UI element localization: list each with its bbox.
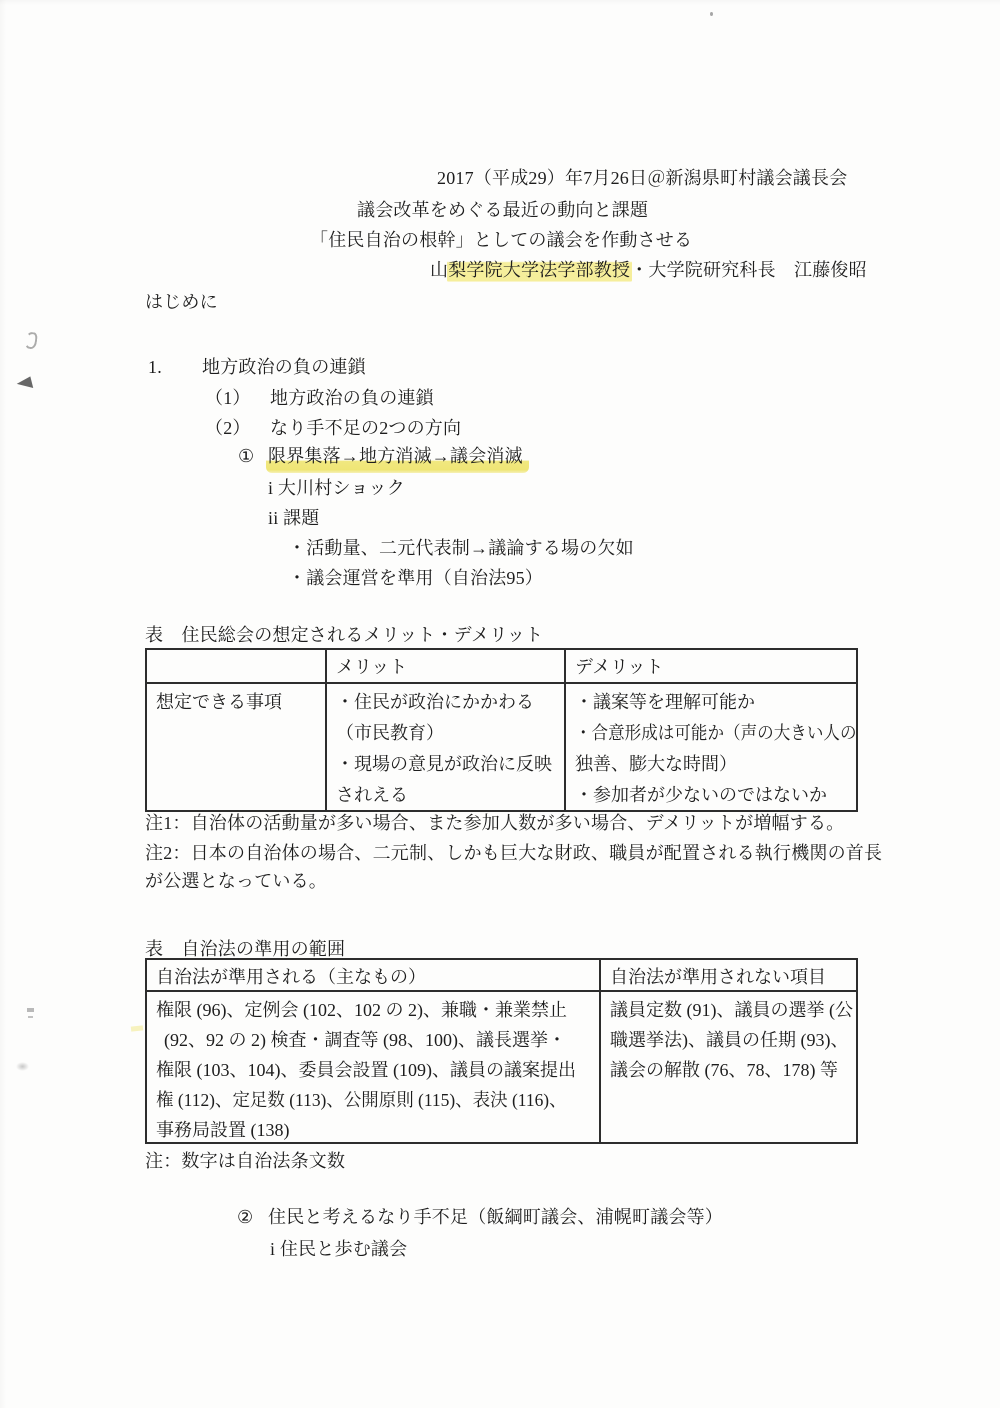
table1-caption: 表 住民総会の想定されるメリット・デメリット [145, 623, 543, 647]
document-date-line: 2017（平成29）年7月26日＠新潟県町村議会議長会 [437, 166, 847, 190]
applied-line: 権限 (103、104)、委員会設置 (109)、議員の議案提出 [156, 1055, 595, 1085]
section-1-number: 1. [148, 355, 202, 379]
table1-header-empty [147, 650, 325, 682]
scan-mark-arrowhead [16, 376, 33, 391]
outline-bullet-2: ・議会運営を準用（自治法95） [288, 566, 543, 590]
applied-line: 事務局設置 (138) [156, 1115, 595, 1142]
scanned-document-page: 2017（平成29）年7月26日＠新潟県町村議会議長会 議会改革をめぐる最近の動… [0, 0, 1000, 1408]
not-applied-line: 議員定数 (91)、議員の選挙 (公 [610, 995, 852, 1025]
circle-2-number: ② [237, 1205, 268, 1229]
table2-applied-cell: 権限 (96)、定例会 (102、102 の 2)、兼職・兼業禁止 (92、92… [147, 992, 599, 1142]
outline-item-1-1: （1）地方政治の負の連鎖 [205, 386, 434, 410]
table1-body-row: 想定できる事項 ・住民が政治にかかわる （市民教育） ・現場の意見が政治に反映 … [147, 684, 856, 810]
table1-header-merit: メリット [325, 650, 564, 682]
table2-header-applied: 自治法が準用される（主なもの） [147, 960, 599, 990]
author-highlighted-text: 梨学院大学法学部教授 [447, 259, 632, 282]
merit-line: されえる [336, 780, 560, 810]
outline-item-1-2: （2）なり手不足の2つの方向 [205, 416, 461, 440]
merit-line: ・住民が政治にかかわる [336, 687, 560, 718]
demerit-line: 独善、膨大な時間） [575, 749, 852, 780]
scan-mark-blob [16, 1062, 29, 1071]
section-1-title: 地方政治の負の連鎖 [202, 357, 366, 377]
table1-note-2-continued: が公選となっている。 [145, 869, 327, 893]
table1-note-1: 注1：自治体の活動量が多い場合、また参加人数が多い場合、デメリットが増幅する。 [145, 811, 844, 835]
table1-row-label-cell: 想定できる事項 [147, 684, 325, 810]
outline-sub-i-2: i 住民と歩む議会 [270, 1237, 407, 1261]
table2-header-row: 自治法が準用される（主なもの） 自治法が準用されない項目 [147, 960, 856, 992]
table2-body-row: 権限 (96)、定例会 (102、102 の 2)、兼職・兼業禁止 (92、92… [147, 992, 856, 1142]
demerit-line: ・議案等を理解可能か [575, 687, 852, 718]
circle-2-text: 住民と考えるなり手不足（飯綱町議会、浦幌町議会等） [268, 1207, 723, 1227]
item-1-2-number: （2） [205, 416, 270, 440]
author-line: 山梨学院大学法学部教授・大学院研究科長 江藤俊昭 [430, 258, 867, 282]
table1-header-demerit: デメリット [564, 650, 856, 682]
item-1-2-text: なり手不足の2つの方向 [270, 418, 461, 438]
outline-bullet-1: ・活動量、二元代表制→議論する場の欠如 [288, 536, 634, 560]
local-autonomy-law-table: 自治法が準用される（主なもの） 自治法が準用されない項目 権限 (96)、定例会… [145, 958, 858, 1144]
outline-circle-2: ②住民と考えるなり手不足（飯綱町議会、浦幌町議会等） [237, 1205, 723, 1229]
table2-note: 注：数字は自治法条文数 [145, 1149, 345, 1173]
not-applied-line: 議会の解散 (76、78、178) 等 [610, 1055, 852, 1085]
table1-merit-cell: ・住民が政治にかかわる （市民教育） ・現場の意見が政治に反映 されえる [325, 684, 564, 810]
merit-line: （市民教育） [336, 718, 560, 749]
item-1-1-text: 地方政治の負の連鎖 [270, 388, 434, 408]
section-1-heading: 1.地方政治の負の連鎖 [148, 355, 366, 379]
demerit-line: ・合意形成は可能か（声の大きい人の [575, 718, 830, 749]
applied-line: 権 (112)、定足数 (113)、公開原則 (115)、表決 (116)、 [156, 1085, 582, 1115]
table1-demerit-cell: ・議案等を理解可能か ・合意形成は可能か（声の大きい人の 独善、膨大な時間） ・… [564, 684, 856, 810]
scan-mark-dot [710, 12, 713, 16]
outline-circle-1: ①限界集落→地方消滅→議会消滅 [238, 444, 523, 468]
outline-sub-i: i 大川村ショック [268, 476, 405, 500]
scan-mark-ticks [27, 1008, 34, 1012]
table1-row-label: 想定できる事項 [156, 687, 321, 718]
circle-1-highlighted-text: 限界集落→地方消滅→議会消滅 [266, 446, 529, 473]
document-title: 議会改革をめぐる最近の動向と課題 [357, 198, 648, 222]
author-prefix: 山 [430, 260, 448, 280]
table1-header-row: メリット デメリット [147, 650, 856, 684]
item-1-1-number: （1） [205, 386, 270, 410]
scan-mark-squiggle [24, 331, 38, 350]
table1-note-2: 注2：日本の自治体の場合、二元制、しかも巨大な財政、職員が配置される執行機関の首… [145, 841, 882, 865]
merits-demerits-table: メリット デメリット 想定できる事項 ・住民が政治にかかわる （市民教育） ・現… [145, 648, 858, 812]
author-suffix: ・大学院研究科長 江藤俊昭 [630, 260, 867, 280]
table2-header-not-applied: 自治法が準用されない項目 [599, 960, 856, 990]
applied-line: (92、92 の 2) 検査・調査等 (98、100)、議長選挙・ [156, 1025, 595, 1055]
document-subtitle: 「住民自治の根幹」としての議会を作動させる [310, 228, 692, 252]
outline-sub-ii: ii 課題 [268, 506, 320, 530]
intro-heading: はじめに [145, 290, 218, 314]
not-applied-line: 職選挙法)、議員の任期 (93)、 [610, 1025, 852, 1055]
scan-mark-yellow-dash [131, 1025, 143, 1031]
table2-not-applied-cell: 議員定数 (91)、議員の選挙 (公 職選挙法)、議員の任期 (93)、 議会の… [599, 992, 856, 1142]
applied-line: 権限 (96)、定例会 (102、102 の 2)、兼職・兼業禁止 [156, 995, 595, 1025]
merit-line: ・現場の意見が政治に反映 [336, 749, 560, 780]
circle-1-number: ① [238, 444, 268, 468]
demerit-line: ・参加者が少ないのではないか [575, 780, 852, 810]
